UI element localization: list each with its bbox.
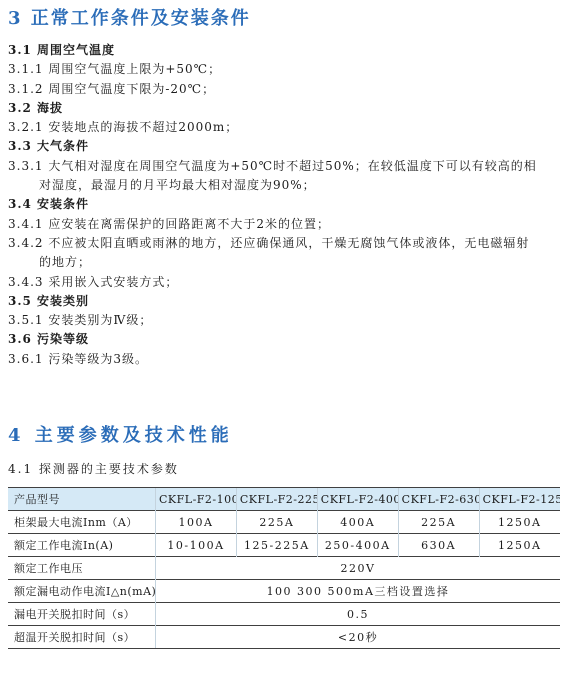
clause-3-5: 3.5 安装类别 bbox=[8, 292, 554, 311]
clause-3-3: 3.3 大气条件 bbox=[8, 137, 554, 156]
table-cell-span: 0.5 bbox=[156, 603, 561, 626]
clause-3-3-1-cont: 对湿度，最湿月的月平均最大相对湿度为90%； bbox=[8, 176, 554, 195]
table-cell-span: <20秒 bbox=[156, 626, 561, 649]
table-cell: 125-225A bbox=[236, 534, 317, 557]
section-4-subtitle: 4.1 探测器的主要技术参数 bbox=[8, 460, 554, 477]
clause-3-4-2: 3.4.2 不应被太阳直晒或雨淋的地方，还应确保通风，干燥无腐蚀气体或液体，无电… bbox=[8, 234, 554, 253]
table-cell: 250-400A bbox=[317, 534, 398, 557]
table-row-leakage-trip-time: 漏电开关脱扣时间（s） 0.5 bbox=[8, 603, 560, 626]
table-header-row: 产品型号 CKFL-F2-100 CKFL-F2-225 CKFL-F2-400… bbox=[8, 488, 560, 511]
clause-3-4: 3.4 安装条件 bbox=[8, 195, 554, 214]
clause-3-3-1: 3.3.1 大气相对湿度在周围空气温度为+50℃时不超过50%；在较低温度下可以… bbox=[8, 157, 554, 176]
section-3-heading: 3 正常工作条件及安装条件 bbox=[8, 6, 554, 32]
column-header-model-100: CKFL-F2-100 bbox=[156, 488, 237, 511]
clause-3-1: 3.1 周围空气温度 bbox=[8, 41, 554, 60]
table-cell: 225A bbox=[236, 511, 317, 534]
table-row-overtemp-trip-time: 超温开关脱扣时间（s） <20秒 bbox=[8, 626, 560, 649]
row-label: 额定漏电动作电流I△n(mA) bbox=[8, 580, 156, 603]
row-label: 超温开关脱扣时间（s） bbox=[8, 626, 156, 649]
table-row-frame-max-current: 柜架最大电流Inm（A） 100A 225A 400A 225A 1250A bbox=[8, 511, 560, 534]
column-header-model-225: CKFL-F2-225 bbox=[236, 488, 317, 511]
column-header-product-model: 产品型号 bbox=[8, 488, 156, 511]
table-cell: 10-100A bbox=[156, 534, 237, 557]
parameters-table: 产品型号 CKFL-F2-100 CKFL-F2-225 CKFL-F2-400… bbox=[8, 487, 560, 649]
table-cell: 1250A bbox=[479, 534, 560, 557]
row-label: 柜架最大电流Inm（A） bbox=[8, 511, 156, 534]
table-row-rated-voltage: 额定工作电压 220V bbox=[8, 557, 560, 580]
clause-3-6: 3.6 污染等级 bbox=[8, 330, 554, 349]
table-cell: 100A bbox=[156, 511, 237, 534]
table-cell-span: 100 300 500mA三档设置选择 bbox=[156, 580, 561, 603]
column-header-model-1250: CKFL-F2-1250 bbox=[479, 488, 560, 511]
section-3-body: 3.1 周围空气温度 3.1.1 周围空气温度上限为+50℃； 3.1.2 周围… bbox=[8, 41, 554, 369]
column-header-model-400: CKFL-F2-400 bbox=[317, 488, 398, 511]
clause-3-4-1: 3.4.1 应安装在离需保护的回路距离不大于2米的位置； bbox=[8, 215, 554, 234]
clause-3-5-1: 3.5.1 安装类别为Ⅳ级； bbox=[8, 311, 554, 330]
row-label: 漏电开关脱扣时间（s） bbox=[8, 603, 156, 626]
clause-3-1-1: 3.1.1 周围空气温度上限为+50℃； bbox=[8, 60, 554, 79]
clause-3-1-2: 3.1.2 周围空气温度下限为-20℃； bbox=[8, 80, 554, 99]
clause-3-2-1: 3.2.1 安装地点的海拔不超过2000m； bbox=[8, 118, 554, 137]
table-cell: 630A bbox=[398, 534, 479, 557]
row-label: 额定工作电流In(A) bbox=[8, 534, 156, 557]
section-4-heading: 4 主要参数及技术性能 bbox=[8, 423, 554, 449]
table-cell: 400A bbox=[317, 511, 398, 534]
document-page: 3 正常工作条件及安装条件 3.1 周围空气温度 3.1.1 周围空气温度上限为… bbox=[0, 0, 562, 649]
clause-3-4-3: 3.4.3 采用嵌入式安装方式； bbox=[8, 273, 554, 292]
table-cell: 225A bbox=[398, 511, 479, 534]
clause-3-6-1: 3.6.1 污染等级为3级。 bbox=[8, 350, 554, 369]
table-row-leakage-action-current: 额定漏电动作电流I△n(mA) 100 300 500mA三档设置选择 bbox=[8, 580, 560, 603]
clause-3-4-2-cont: 的地方； bbox=[8, 253, 554, 272]
row-label: 额定工作电压 bbox=[8, 557, 156, 580]
column-header-model-630: CKFL-F2-630 bbox=[398, 488, 479, 511]
table-row-rated-current: 额定工作电流In(A) 10-100A 125-225A 250-400A 63… bbox=[8, 534, 560, 557]
table-cell-span: 220V bbox=[156, 557, 561, 580]
table-cell: 1250A bbox=[479, 511, 560, 534]
clause-3-2: 3.2 海拔 bbox=[8, 99, 554, 118]
